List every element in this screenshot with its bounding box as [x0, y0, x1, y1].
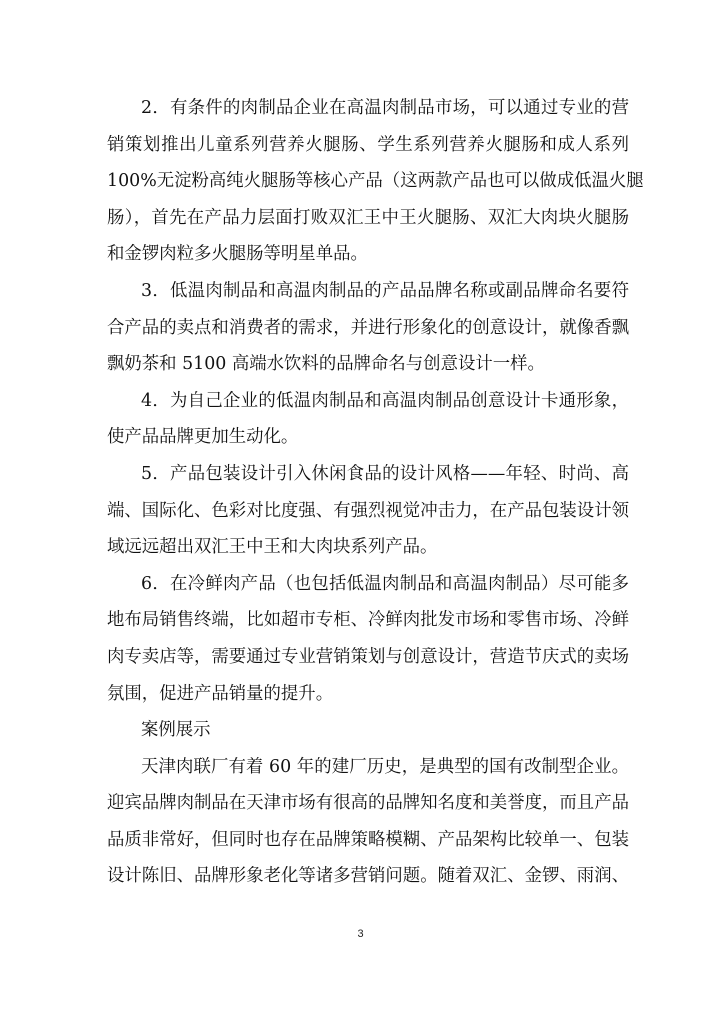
paragraph-first-line: 天津肉联厂有着 60 年的建厂历史，是典型的国有改制型企业。 [107, 749, 629, 786]
paragraph-line: 肠），首先在产品力层面打败双汇王中王火腿肠、双汇大肉块火腿肠 [107, 200, 629, 237]
paragraph-first-line: 案例展示 [107, 712, 629, 749]
paragraph-line: 使产品品牌更加生动化。 [107, 419, 629, 456]
paragraph-line: 和金锣肉粒多火腿肠等明星单品。 [107, 236, 629, 273]
paragraph-line: 飘奶茶和 5100 高端水饮料的品牌命名与创意设计一样。 [107, 346, 629, 383]
paragraph-first-line: 6．在冷鲜肉产品（也包括低温肉制品和高温肉制品）尽可能多 [107, 566, 629, 603]
paragraph-line: 端、国际化、色彩对比度强、有强烈视觉冲击力，在产品包装设计领 [107, 493, 629, 530]
page-number: 3 [0, 928, 721, 940]
paragraph-first-line: 5．产品包装设计引入休闲食品的设计风格——年轻、时尚、高 [107, 456, 629, 493]
document-page: 2．有条件的肉制品企业在高温肉制品市场，可以通过专业的营销策划推出儿童系列营养火… [0, 0, 721, 1020]
paragraph-line: 合产品的卖点和消费者的需求，并进行形象化的创意设计，就像香飘 [107, 310, 629, 347]
paragraph-first-line: 2．有条件的肉制品企业在高温肉制品市场，可以通过专业的营 [107, 90, 629, 127]
paragraph-line: 肉专卖店等，需要通过专业营销策划与创意设计，营造节庆式的卖场 [107, 639, 629, 676]
paragraph-line: 100%无淀粉高纯火腿肠等核心产品（这两款产品也可以做成低温火腿 [107, 163, 629, 200]
paragraph-line: 迎宾品牌肉制品在天津市场有很高的品牌知名度和美誉度，而且产品 [107, 785, 629, 822]
paragraph-line: 品质非常好，但同时也存在品牌策略模糊、产品架构比较单一、包装 [107, 822, 629, 859]
paragraph-line: 域远远超出双汇王中王和大肉块系列产品。 [107, 529, 629, 566]
paragraph-first-line: 3．低温肉制品和高温肉制品的产品品牌名称或副品牌命名要符 [107, 273, 629, 310]
document-body: 2．有条件的肉制品企业在高温肉制品市场，可以通过专业的营销策划推出儿童系列营养火… [107, 90, 629, 895]
paragraph-line: 销策划推出儿童系列营养火腿肠、学生系列营养火腿肠和成人系列 [107, 127, 629, 164]
paragraph-line: 地布局销售终端，比如超市专柜、冷鲜肉批发市场和零售市场、冷鲜 [107, 602, 629, 639]
paragraph-first-line: 4．为自己企业的低温肉制品和高温肉制品创意设计卡通形象， [107, 383, 629, 420]
paragraph-line: 氛围，促进产品销量的提升。 [107, 676, 629, 713]
paragraph-line: 设计陈旧、品牌形象老化等诸多营销问题。随着双汇、金锣、雨润、 [107, 858, 629, 895]
